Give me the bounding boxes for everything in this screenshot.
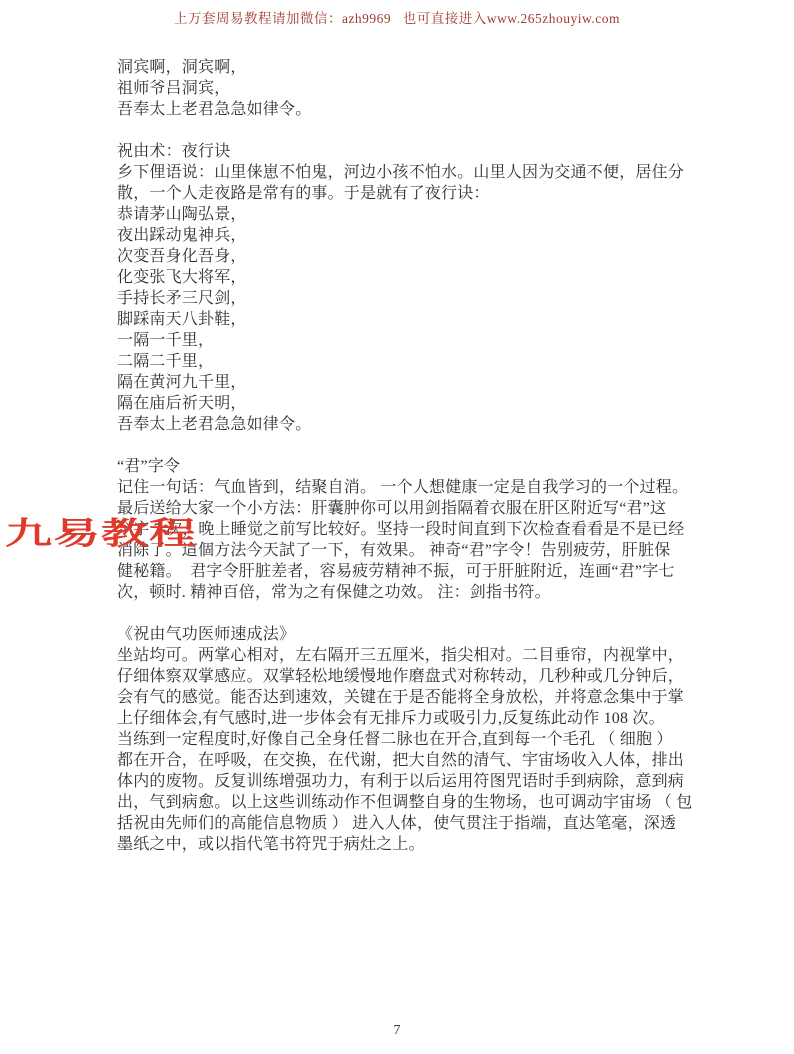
text-line: 化变张飞大将军， [117,267,701,288]
text-line [117,603,701,624]
text-line: 体内的废物。反复训练增强功力，有利于以后运用符图咒语时手到病除，意到病 [117,771,701,792]
text-line: 会有气的感觉。能否达到速效，关键在于是否能将全身放松，并将意念集中于掌 [117,687,701,708]
text-line: 上仔细体会,有气感时,进一步体会有无排斥力或吸引力,反复练此动作 108 次。 [117,708,701,729]
text-line: 夜出踩动鬼神兵， [117,225,701,246]
text-line: 次，顿时. 精神百倍，常为之有保健之功效。 注：剑指书符。 [117,582,701,603]
text-line: 吾奉太上老君急急如律令。 [117,99,701,120]
text-line: 次变吾身化吾身， [117,246,701,267]
text-line: 恭请茅山陶弘景， [117,204,701,225]
text-line: 洞宾啊，洞宾啊， [117,57,701,78]
page-number: 7 [0,1023,794,1039]
text-line: 吾奉太上老君急急如律令。 [117,414,701,435]
text-line: 乡下俚语说：山里俫崽不怕鬼，河边小孩不怕水。山里人因为交通不便，居住分 [117,162,701,183]
text-line: 散，一个人走夜路是常有的事。于是就有了夜行诀： [117,183,701,204]
text-line: 都在开合，在呼吸，在交换，在代谢，把大自然的清气、宇宙场收入人体，排出 [117,750,701,771]
text-line: 健秘籍。 君字令肝脏差者，容易疲劳精神不振，可于肝脏附近，连画“君”字七 [117,561,701,582]
text-line: 一隔一千里， [117,330,701,351]
text-line: 隔在黄河九千里， [117,372,701,393]
text-line: 仔细体察双掌感应。双掌轻松地缓慢地作磨盘式对称转动，几秒种或几分钟后， [117,666,701,687]
text-line: “君”字令 [117,456,701,477]
watermark-logo: 九易教程 [5,509,197,553]
text-line: 记住一句话：气血皆到，结聚自消。 一个人想健康一定是自我学习的一个过程。 [117,477,701,498]
text-line: 脚踩南天八卦鞋， [117,309,701,330]
header-ad-text: 上万套周易教程请加微信：azh9969 也可直接进入www.265zhouyiw… [0,7,794,27]
text-line: 消除了。這個方法今天試了一下，有效果。 神奇“君”字令！告别疲劳，肝脏保 [117,540,701,561]
text-line: 最后送给大家一个小方法：肝囊肿你可以用剑指隔着衣服在肝区附近写“君”这 [117,498,701,519]
text-line: 墨纸之中，或以指代笔书符咒于病灶之上。 [117,834,701,855]
text-line: 当练到一定程度时,好像自己全身任督二脉也在开合,直到每一个毛孔 （ 细胞 ） [117,729,701,750]
text-line: 出，气到病愈。以上这些训练动作不但调整自身的生物场，也可调动宇宙场 （ 包 [117,792,701,813]
text-line: 手持长矛三尺剑， [117,288,701,309]
text-line: 二隔二千里， [117,351,701,372]
text-line: 《祝由气功医师速成法》 [117,624,701,645]
text-line: 隔在庙后祈天明， [117,393,701,414]
text-line [117,120,701,141]
text-line [117,435,701,456]
document-body: 洞宾啊，洞宾啊，祖师爷吕洞宾，吾奉太上老君急急如律令。 祝由术：夜行诀乡下俚语说… [117,57,701,855]
document-page: 上万套周易教程请加微信：azh9969 也可直接进入www.265zhouyiw… [0,0,794,1054]
text-line: 个字 7 次，晚上睡觉之前写比较好。坚持一段时间直到下次检查看看是不是已经 [117,519,701,540]
text-line: 祝由术：夜行诀 [117,141,701,162]
text-line: 坐站均可。两掌心相对，左右隔开三五厘米，指尖相对。二目垂帘，内视掌中， [117,645,701,666]
text-line: 括祝由先师们的高能信息物质 ） 进入人体，使气贯注于指端，直达笔毫，深透 [117,813,701,834]
text-line: 祖师爷吕洞宾， [117,78,701,99]
